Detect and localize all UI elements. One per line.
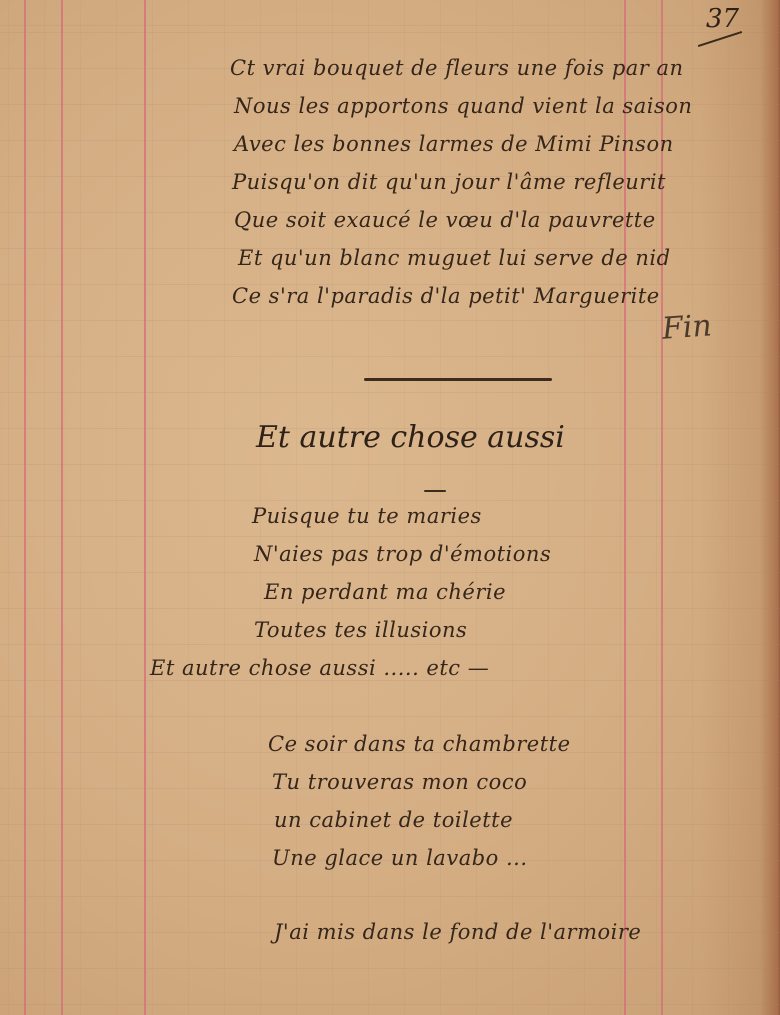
section-divider (364, 378, 552, 381)
poem-line: Avec les bonnes larmes de Mimi Pinson (234, 132, 674, 156)
song-title: Et autre chose aussi (256, 420, 565, 455)
margin-line-left-middle (61, 0, 63, 1015)
poem-line: Ce s'ra l'paradis d'la petit' Marguerite (232, 284, 660, 308)
poem-line: Nous les apportons quand vient la saison (234, 94, 692, 118)
stanza-line: J'ai mis dans le fond de l'armoire (274, 920, 641, 944)
poem-line: Ct vrai bouquet de fleurs une fois par a… (230, 56, 684, 80)
margin-line-left-outer (24, 0, 26, 1015)
title-dash (424, 490, 446, 492)
stanza-line: un cabinet de toilette (274, 808, 513, 832)
poem-line: Et qu'un blanc muguet lui serve de nid (238, 246, 671, 270)
stanza-line: Tu trouveras mon coco (272, 770, 527, 794)
page-number: 37 (706, 4, 739, 34)
stanza-line: Toutes tes illusions (254, 618, 467, 642)
stanza-line: Puisque tu te maries (252, 504, 482, 528)
poem-line: Que soit exaucé le vœu d'la pauvrette (234, 208, 656, 232)
refrain-line: Et autre chose aussi ..... etc — (150, 656, 489, 680)
end-mark: Fin (661, 308, 713, 346)
manuscript-page: 37 Ct vrai bouquet de fleurs une fois pa… (0, 0, 780, 1015)
stanza-line: N'aies pas trop d'émotions (254, 542, 551, 566)
margin-line-left-inner (144, 0, 146, 1015)
stanza-line: Une glace un lavabo ... (272, 846, 528, 870)
stanza-line: En perdant ma chérie (264, 580, 506, 604)
poem-line: Puisqu'on dit qu'un jour l'âme refleurit (232, 170, 666, 194)
stanza-line: Ce soir dans ta chambrette (268, 732, 571, 756)
